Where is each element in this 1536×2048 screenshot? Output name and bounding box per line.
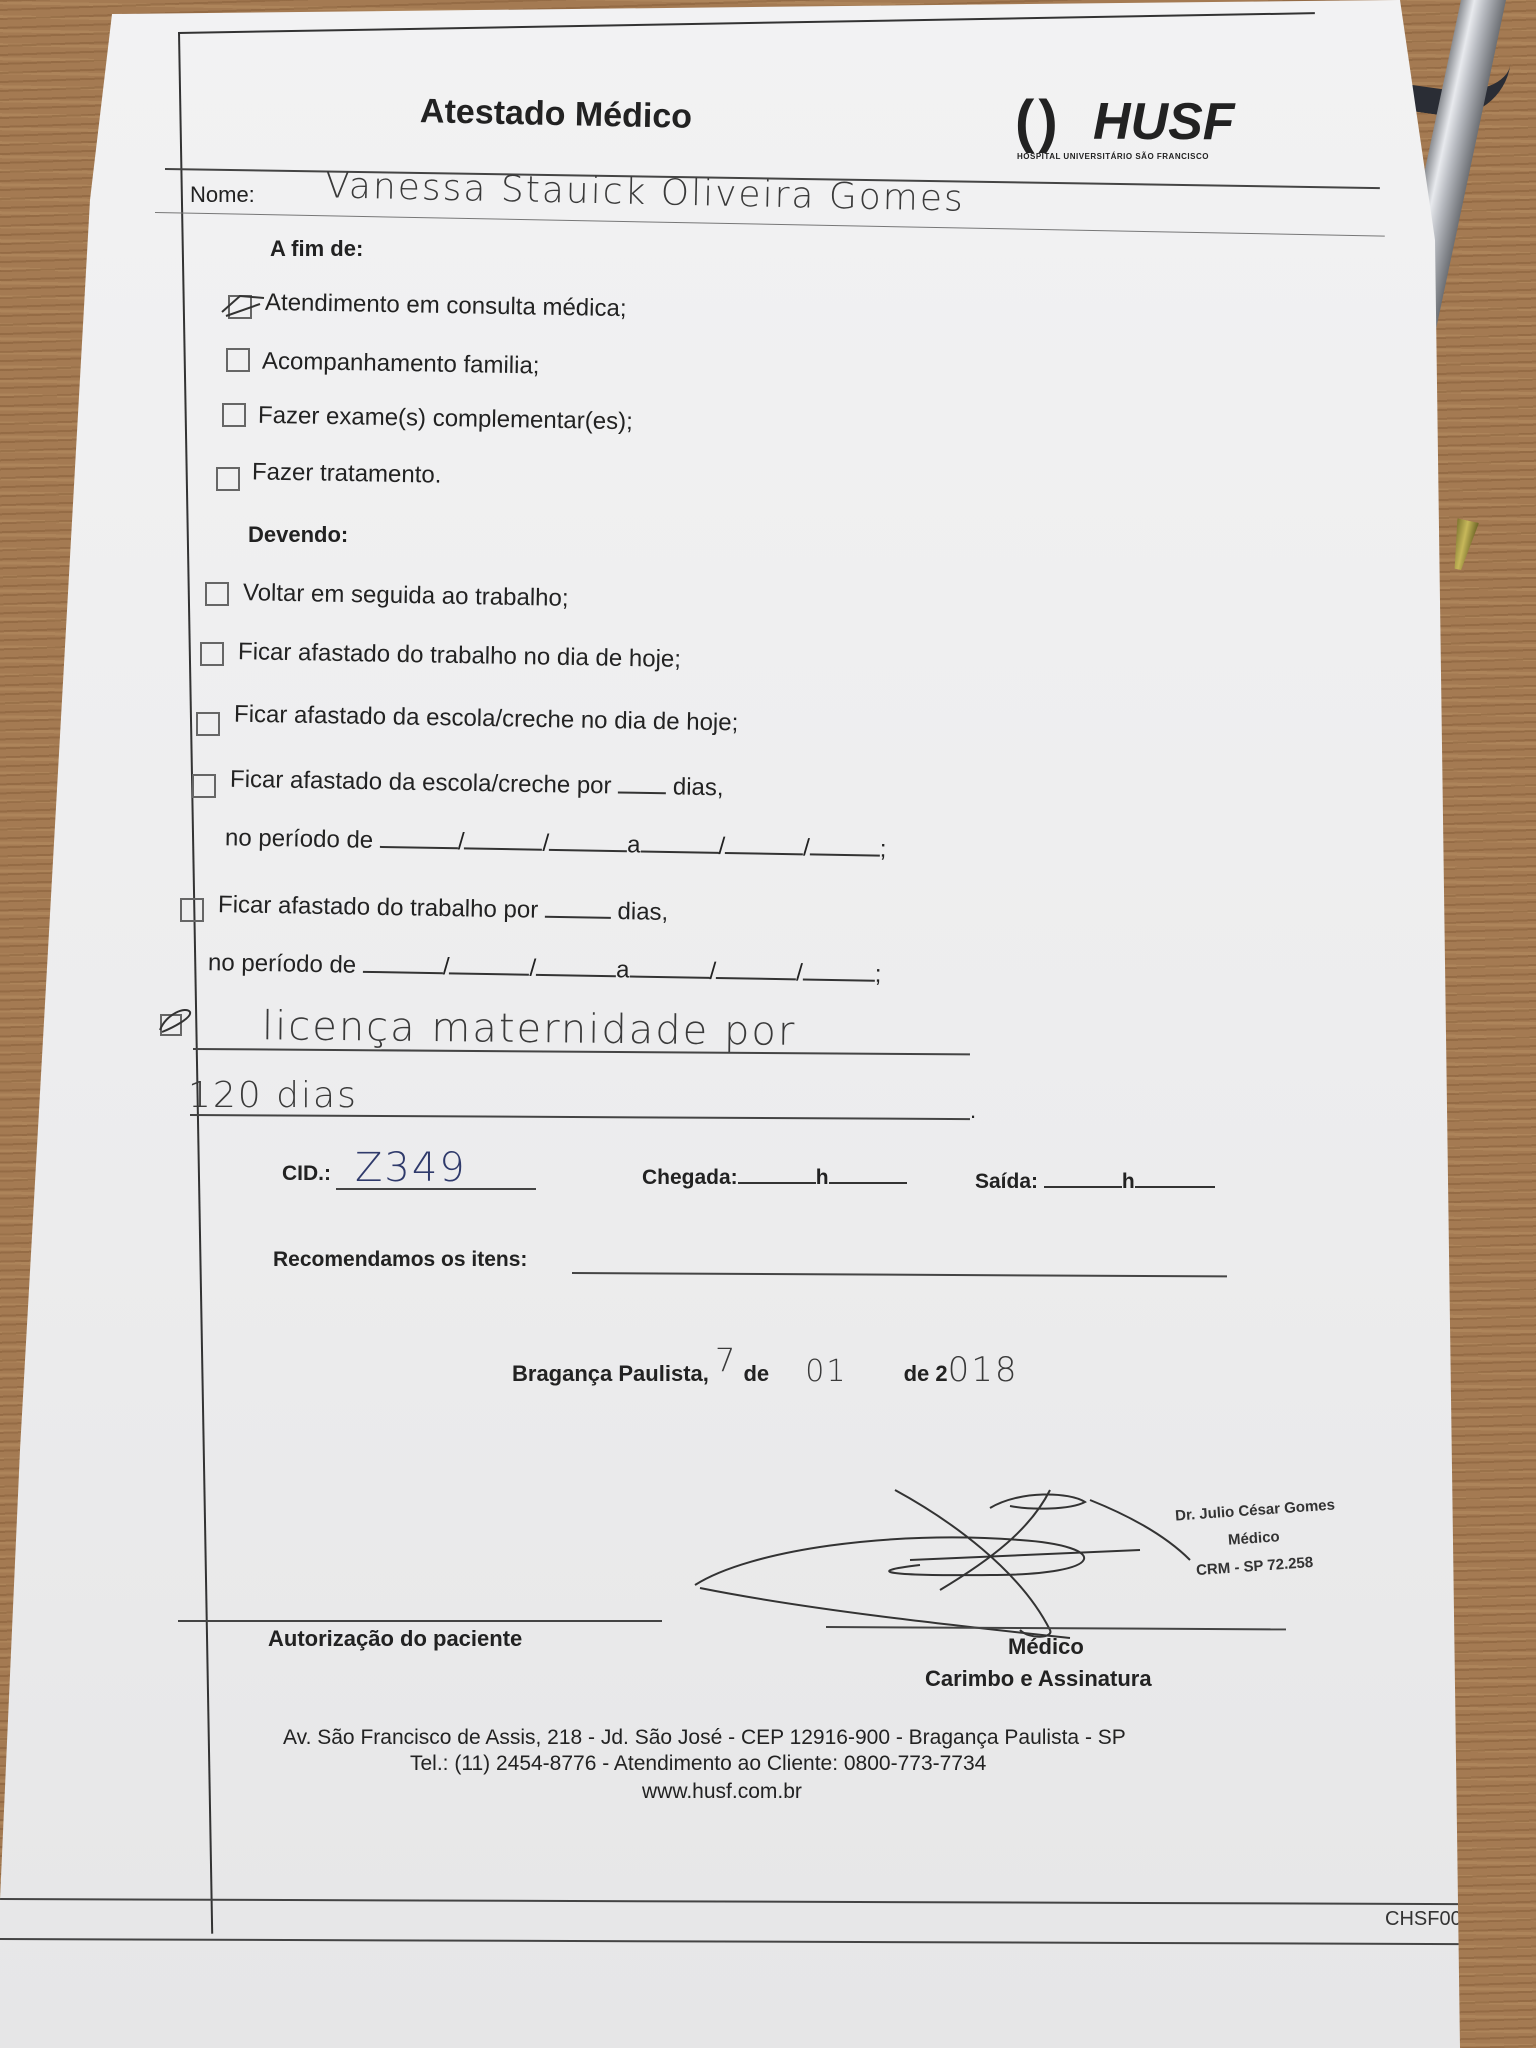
name-label: Nome: [190, 182, 255, 208]
arrival-hour-blank[interactable] [738, 1164, 816, 1184]
date-blank[interactable] [725, 834, 803, 855]
purpose-option-label: Fazer tratamento. [252, 458, 442, 489]
arrival-minute-blank[interactable] [829, 1164, 907, 1184]
date-blank[interactable] [464, 829, 542, 850]
checkbox[interactable] [196, 712, 220, 736]
husf-subtitle: HOSPITAL UNIVERSITÁRIO SÃO FRANCISCO [1017, 152, 1209, 161]
checkbox[interactable] [226, 348, 250, 372]
husf-logo: ( ) HUSF HOSPITAL UNIVERSITÁRIO SÃO FRAN… [1015, 88, 1235, 168]
departure-hour-blank[interactable] [1044, 1168, 1122, 1188]
cid-value[interactable]: Z349 [355, 1145, 467, 1191]
date-year[interactable]: 018 [948, 1350, 1019, 1390]
checkbox[interactable] [216, 467, 240, 491]
checkbox[interactable] [205, 582, 229, 606]
doctor-stamp-label: Carimbo e Assinatura [925, 1666, 1152, 1692]
departure-minute-blank[interactable] [1135, 1168, 1215, 1188]
patient-signature-line[interactable] [178, 1620, 662, 1622]
other-line1: licença maternidade por [262, 1003, 797, 1055]
checkbox[interactable] [180, 898, 204, 922]
husf-wordmark: HUSF [1093, 92, 1235, 152]
date-blank[interactable] [549, 831, 627, 852]
cid-label: CID.: [282, 1162, 331, 1186]
date-blank[interactable] [629, 957, 709, 978]
date-row: Bragança Paulista, 7 de 01 de 2018 [512, 1350, 1019, 1390]
date-blank[interactable] [640, 832, 718, 853]
departure-label: Saída: h [975, 1168, 1215, 1194]
pen-tip [1447, 518, 1479, 571]
footer-phones: Tel.: (11) 2454-8776 - Atendimento ao Cl… [410, 1752, 986, 1776]
instruction-option-label: Voltar em seguida ao trabalho; [243, 579, 569, 613]
doctor-signature-label: Médico [1008, 1634, 1084, 1660]
bottom-rule-2 [0, 1938, 1536, 1945]
days-blank[interactable] [618, 773, 666, 794]
date-blank[interactable] [449, 954, 529, 975]
purpose-option-label: Acompanhamento familia; [262, 348, 540, 381]
date-blank[interactable] [363, 953, 443, 974]
footer-address: Av. São Francisco de Assis, 218 - Jd. Sã… [283, 1726, 1126, 1750]
purpose-heading: A fim de: [270, 236, 363, 262]
date-blank[interactable] [810, 835, 880, 856]
date-blank[interactable] [716, 959, 796, 980]
arrival-label: Chegada:h [642, 1164, 907, 1190]
husf-logo-icon: ( ) [1015, 88, 1052, 155]
date-blank[interactable] [380, 828, 458, 849]
check-mark-icon [156, 1004, 196, 1038]
cid-underline [336, 1188, 536, 1190]
recommend-label: Recomendamos os itens: [273, 1248, 527, 1272]
footer-website[interactable]: www.husf.com.br [642, 1780, 802, 1804]
other-line2: 120 dias [188, 1075, 358, 1116]
date-blank[interactable] [803, 961, 875, 982]
date-blank[interactable] [536, 956, 616, 977]
checkbox[interactable] [200, 642, 224, 666]
date-day[interactable]: 7 [715, 1341, 737, 1379]
checkbox[interactable] [192, 774, 216, 798]
date-month[interactable]: 01 [805, 1354, 847, 1389]
checkbox[interactable] [222, 403, 246, 427]
stamp-role: Médico [1227, 1528, 1280, 1549]
doctor-signature [690, 1480, 1210, 1650]
document-title: Atestado Médico [420, 92, 693, 137]
days-blank[interactable] [545, 898, 611, 919]
check-mark-icon [220, 290, 268, 320]
patient-signature-label: Autorização do paciente [268, 1626, 522, 1652]
medical-certificate-paper: Atestado Médico ( ) HUSF HOSPITAL UNIVER… [0, 0, 1536, 2048]
form-code: CHSF00380 [1385, 1908, 1495, 1931]
instructions-heading: Devendo: [248, 522, 348, 548]
